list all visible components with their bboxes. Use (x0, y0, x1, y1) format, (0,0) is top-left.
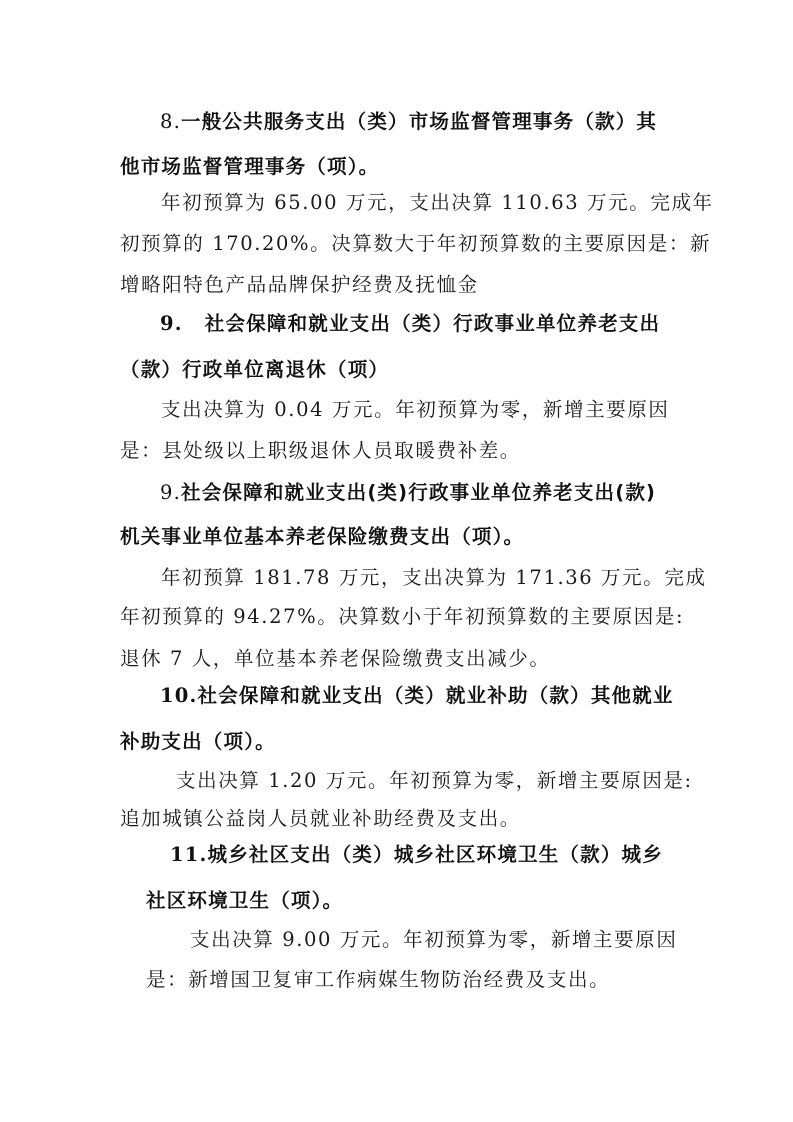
section-11-heading-text: 城乡社区支出（类）城乡社区环境卫生（款）城乡 (208, 843, 663, 866)
section-11-heading-line-1: 11.城乡社区支出（类）城乡社区环境卫生（款）城乡 (170, 843, 663, 867)
section-11-body-line-2: 是：新增国卫复审工作病媒生物防治经费及支出。 (146, 968, 610, 992)
section-10-heading-line-2: 补助支出（项）。 (120, 730, 276, 754)
section-9b-heading-line-2: 机关事业单位基本养老保险缴费支出（项）。 (120, 525, 524, 549)
section-8-heading-text: 一般公共服务支出（类）市场监督管理事务（款）其 (181, 110, 657, 133)
section-10-body-line-2: 追加城镇公益岗人员就业补助经费及支出。 (120, 807, 521, 831)
section-8-heading-line-2: 他市场监督管理事务（项）。 (120, 155, 379, 179)
section-9a-number: 9. (160, 312, 183, 335)
section-9a-body-line-1: 支出决算为 0.04 万元。年初预算为零，新增主要原因 (161, 398, 670, 422)
section-8-body-line-1: 年初预算为 65.00 万元，支出决算 110.63 万元。完成年 (161, 191, 714, 215)
section-10-number: 10. (160, 684, 198, 707)
section-10-heading-line-1: 10.社会保障和就业支出（类）就业补助（款）其他就业 (160, 684, 674, 708)
section-11-heading-line-2: 社区环境卫生（项）。 (146, 889, 343, 913)
section-9a-heading-line-2: （款）行政单位离退休（项） (120, 358, 389, 382)
section-9a-heading-text: 社会保障和就业支出（类）行政事业单位养老支出 (205, 312, 660, 335)
section-11-body-line-1: 支出决算 9.00 万元。年初预算为零，新增主要原因 (190, 928, 677, 952)
section-11-number: 11. (170, 843, 208, 866)
section-9b-body-line-3: 退休 7 人，单位基本养老保险缴费支出减少。 (120, 647, 551, 671)
document-page: 8.一般公共服务支出（类）市场监督管理事务（款）其 他市场监督管理事务（项）。 … (0, 0, 793, 1122)
section-10-heading-text: 社会保障和就业支出（类）就业补助（款）其他就业 (198, 684, 674, 707)
section-9b-heading-text: 社会保障和就业支出(类)行政事业单位养老支出(款) (181, 481, 656, 504)
section-8-body-line-2: 初预算的 170.20%。决算数大于年初预算数的主要原因是：新 (120, 232, 711, 256)
section-8-number: 8. (160, 110, 181, 133)
section-9b-number: 9. (160, 481, 181, 504)
section-9b-body-line-2: 年初预算的 94.27%。决算数小于年初预算数的主要原因是: (120, 605, 684, 629)
section-9b-heading-line-1: 9.社会保障和就业支出(类)行政事业单位养老支出(款) (160, 481, 656, 505)
section-9a-heading-line-1: 9.社会保障和就业支出（类）行政事业单位养老支出 (160, 312, 660, 336)
section-9b-body-line-1: 年初预算 181.78 万元，支出决算为 171.36 万元。完成 (161, 566, 707, 590)
section-9a-body-line-2: 是：县处级以上职级退休人员取暖费补差。 (120, 439, 521, 463)
section-8-heading-line-1: 8.一般公共服务支出（类）市场监督管理事务（款）其 (160, 110, 657, 134)
section-10-body-line-1: 支出决算 1.20 万元。年初预算为零，新增主要原因是: (176, 769, 693, 793)
section-8-body-line-3: 增略阳特色产品品牌保护经费及抚恤金 (120, 273, 479, 297)
